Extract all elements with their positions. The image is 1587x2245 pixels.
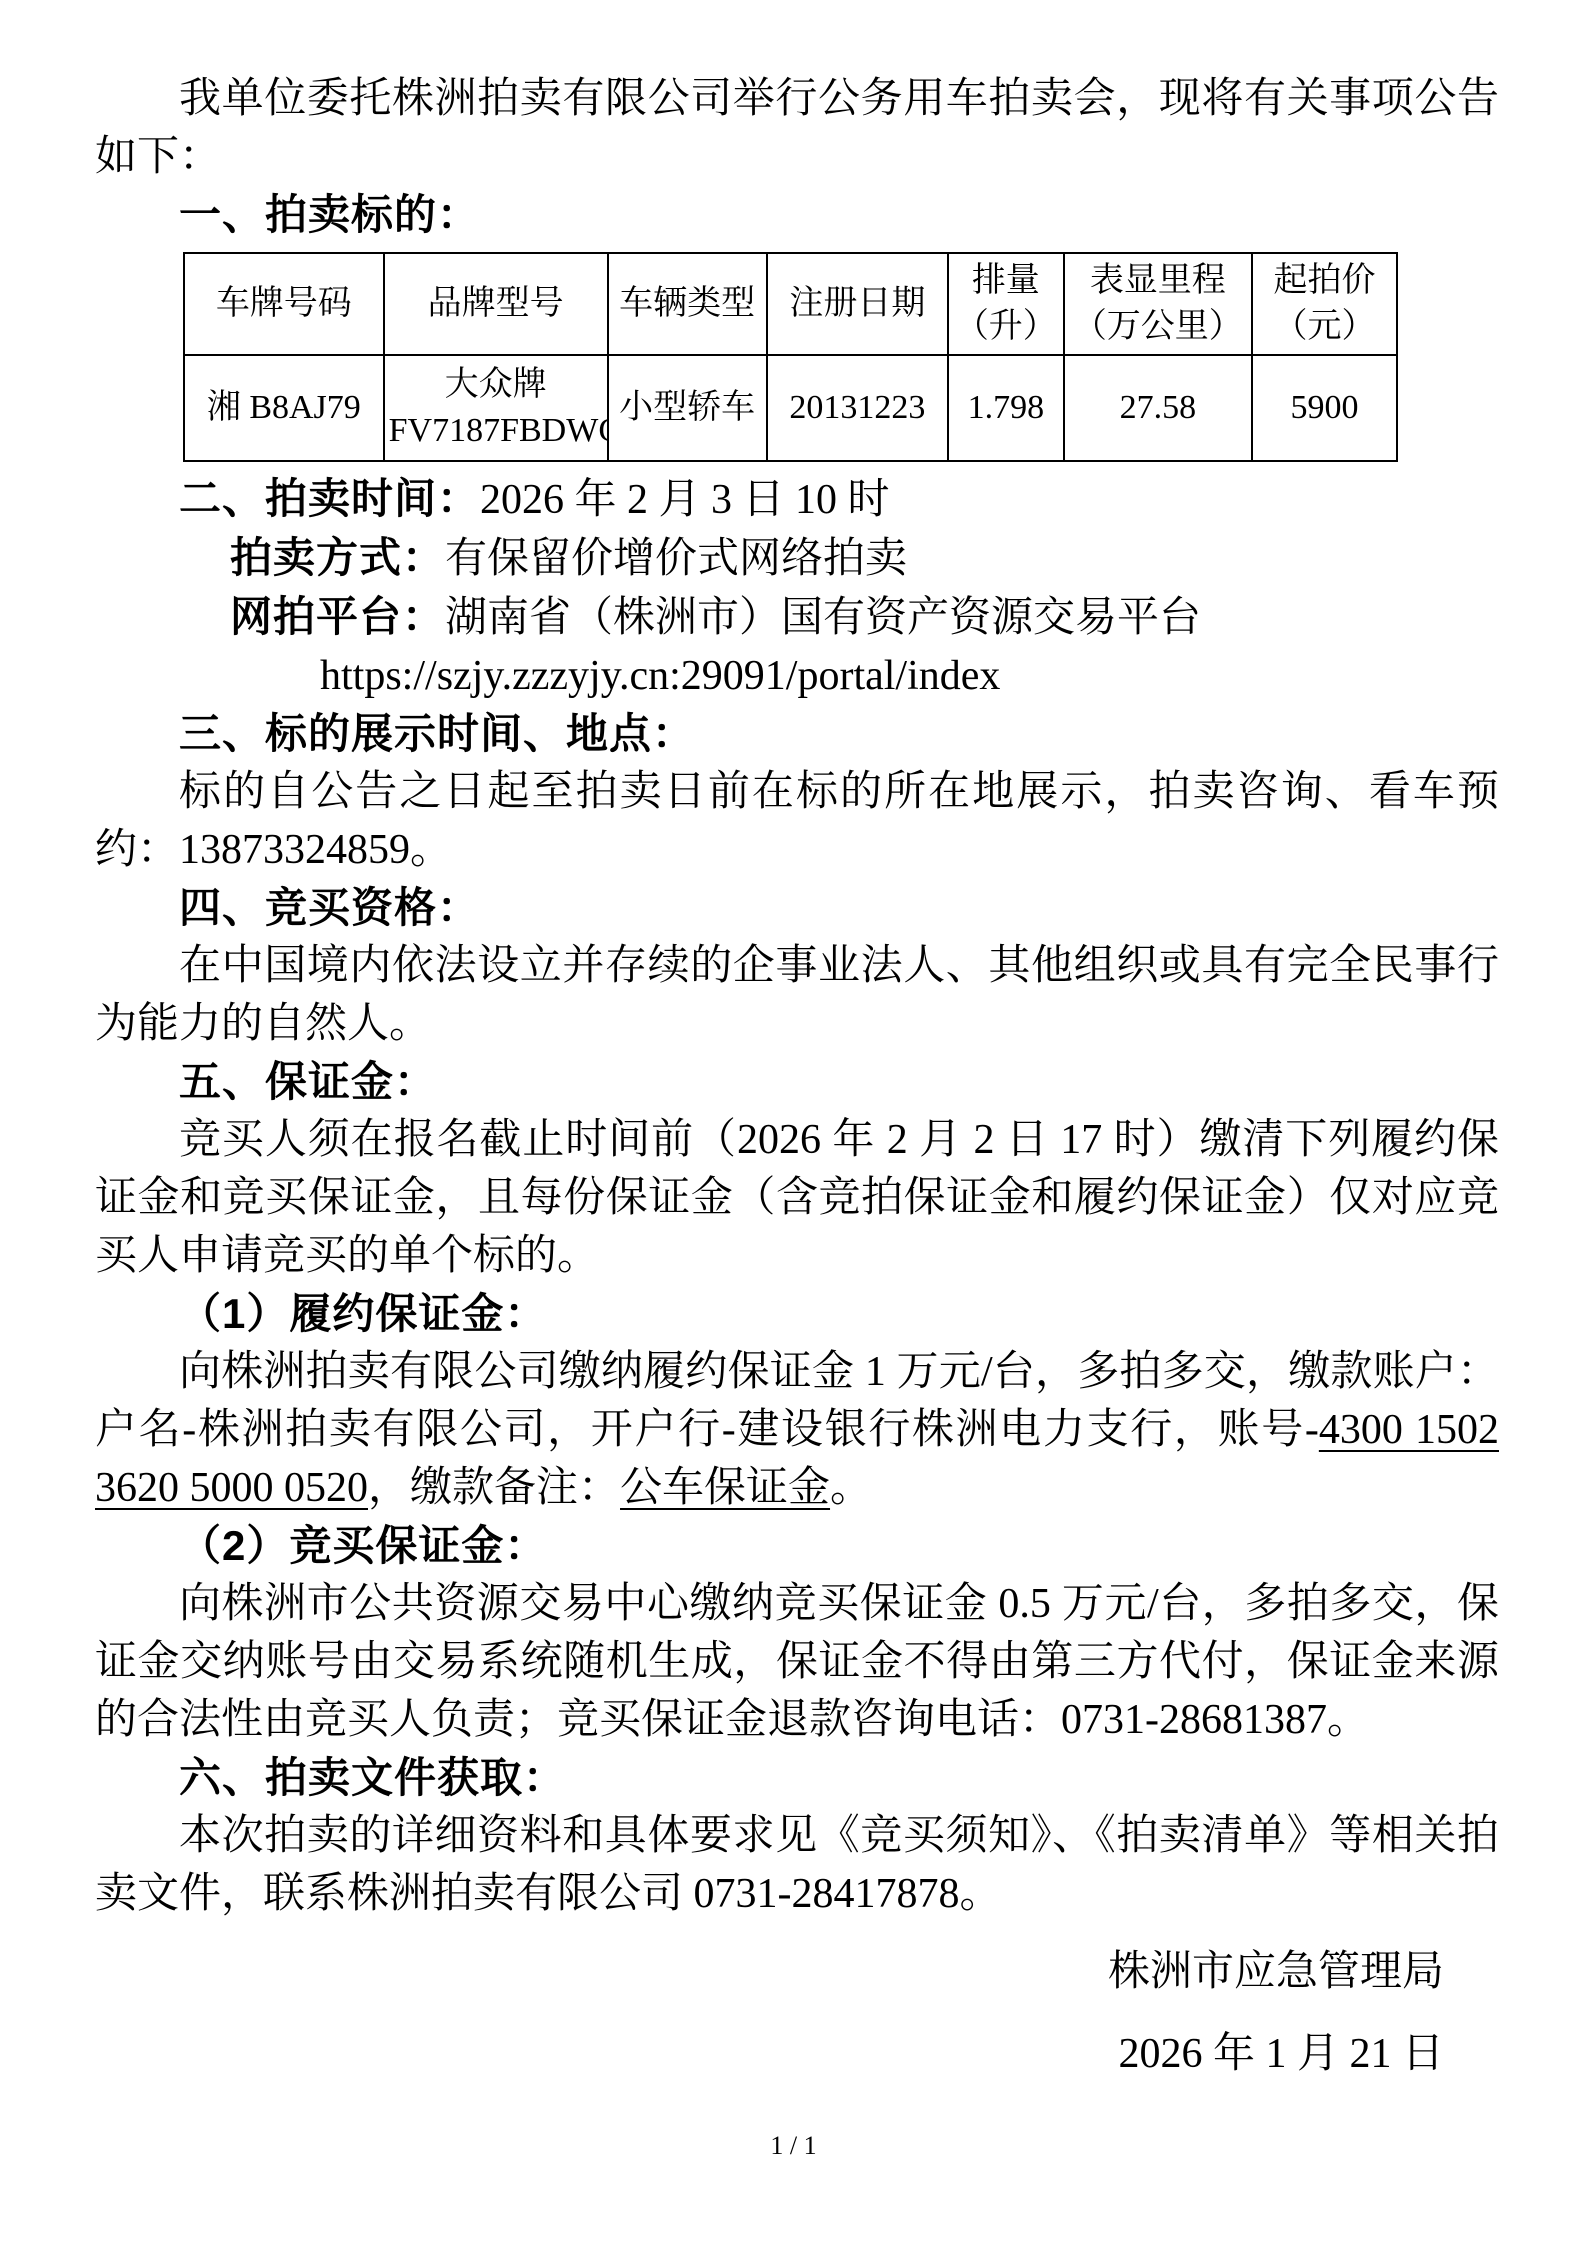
bidding-deposit-paragraph: 向株洲市公共资源交易中心缴纳竞买保证金 0.5 万元/台，多拍多交，保证金交纳账… [95,1575,1499,1749]
section-heading-auction-lot: 一、拍卖标的： [95,186,1499,244]
cell-vehicle-type: 小型轿车 [608,355,767,461]
subheading-performance-deposit: （1）履约保证金： [95,1285,1499,1343]
header-cell-plate: 车牌号码 [184,253,384,355]
auction-lot-table: 车牌号码 品牌型号 车辆类型 注册日期 排量（升） 表显里程（万公里） 起拍价（… [183,252,1398,462]
header-cell-brand-model: 品牌型号 [384,253,608,355]
header-cell-displacement: 排量（升） [948,253,1064,355]
section-heading-bidder-qualification: 四、竞买资格： [95,879,1499,937]
auction-time-label: 二、拍卖时间： [179,475,480,522]
bidder-qualification-paragraph: 在中国境内依法设立并存续的企事业法人、其他组织或具有完全民事行为能力的自然人。 [95,937,1499,1053]
cell-brand-model: 大众牌FV7187FBDWG [384,355,608,461]
auction-method-value: 有保留价增价式网络拍卖 [445,536,907,582]
auction-method-line: 拍卖方式：有保留价增价式网络拍卖 [95,529,1499,588]
performance-deposit-text-2: ，缴款备注： [368,1465,620,1511]
header-cell-vehicle-type: 车辆类型 [608,253,767,355]
platform-url: https://szjy.zzzyjy.cn:29091/portal/inde… [95,647,1499,705]
section-heading-deposit: 五、保证金： [95,1053,1499,1111]
deposit-paragraph: 竞买人须在报名截止时间前（2026 年 2 月 2 日 17 时）缴清下列履约保… [95,1111,1499,1285]
performance-deposit-paragraph: 向株洲拍卖有限公司缴纳履约保证金 1 万元/台，多拍多交，缴款账户：户名-株洲拍… [95,1343,1499,1517]
cell-register-date: 20131223 [767,355,948,461]
auction-platform-line: 网拍平台：湖南省（株洲市）国有资产资源交易平台 [95,588,1499,647]
section-heading-display-time: 三、标的展示时间、地点： [95,705,1499,763]
table-row: 湘 B8AJ79 大众牌FV7187FBDWG 小型轿车 20131223 1.… [184,355,1397,461]
page-number: 1 / 1 [0,2130,1587,2162]
header-cell-start-price: 起拍价（元） [1252,253,1397,355]
signature-organization: 株洲市应急管理局 [95,1943,1499,2001]
payment-remark: 公车保证金 [620,1465,830,1511]
signature-date: 2026 年 1 月 21 日 [95,2025,1499,2083]
header-cell-mileage: 表显里程（万公里） [1064,253,1252,355]
auction-method-label: 拍卖方式： [230,534,445,581]
subheading-bidding-deposit: （2）竞买保证金： [95,1517,1499,1575]
performance-deposit-text: 向株洲拍卖有限公司缴纳履约保证金 1 万元/台，多拍多交，缴款账户：户名-株洲拍… [95,1349,1499,1453]
cell-start-price: 5900 [1252,355,1397,461]
section-heading-auction-documents: 六、拍卖文件获取： [95,1749,1499,1807]
auction-documents-paragraph: 本次拍卖的详细资料和具体要求见《竞买须知》、《拍卖清单》等相关拍卖文件，联系株洲… [95,1807,1499,1923]
header-cell-register-date: 注册日期 [767,253,948,355]
cell-displacement: 1.798 [948,355,1064,461]
display-time-paragraph: 标的自公告之日起至拍卖日前在标的所在地展示，拍卖咨询、看车预约：13873324… [95,763,1499,879]
document-page: 我单位委托株洲拍卖有限公司举行公务用车拍卖会，现将有关事项公告如下： 一、拍卖标… [0,0,1587,2245]
performance-deposit-text-3: 。 [830,1465,872,1511]
auction-time-value: 2026 年 2 月 3 日 10 时 [480,477,890,523]
auction-platform-label: 网拍平台： [230,593,445,640]
cell-mileage: 27.58 [1064,355,1252,461]
auction-platform-value: 湖南省（株洲市）国有资产资源交易平台 [445,595,1201,641]
table-header-row: 车牌号码 品牌型号 车辆类型 注册日期 排量（升） 表显里程（万公里） 起拍价（… [184,253,1397,355]
cell-plate: 湘 B8AJ79 [184,355,384,461]
auction-time-line: 二、拍卖时间：2026 年 2 月 3 日 10 时 [95,470,1499,529]
intro-paragraph: 我单位委托株洲拍卖有限公司举行公务用车拍卖会，现将有关事项公告如下： [95,70,1499,186]
